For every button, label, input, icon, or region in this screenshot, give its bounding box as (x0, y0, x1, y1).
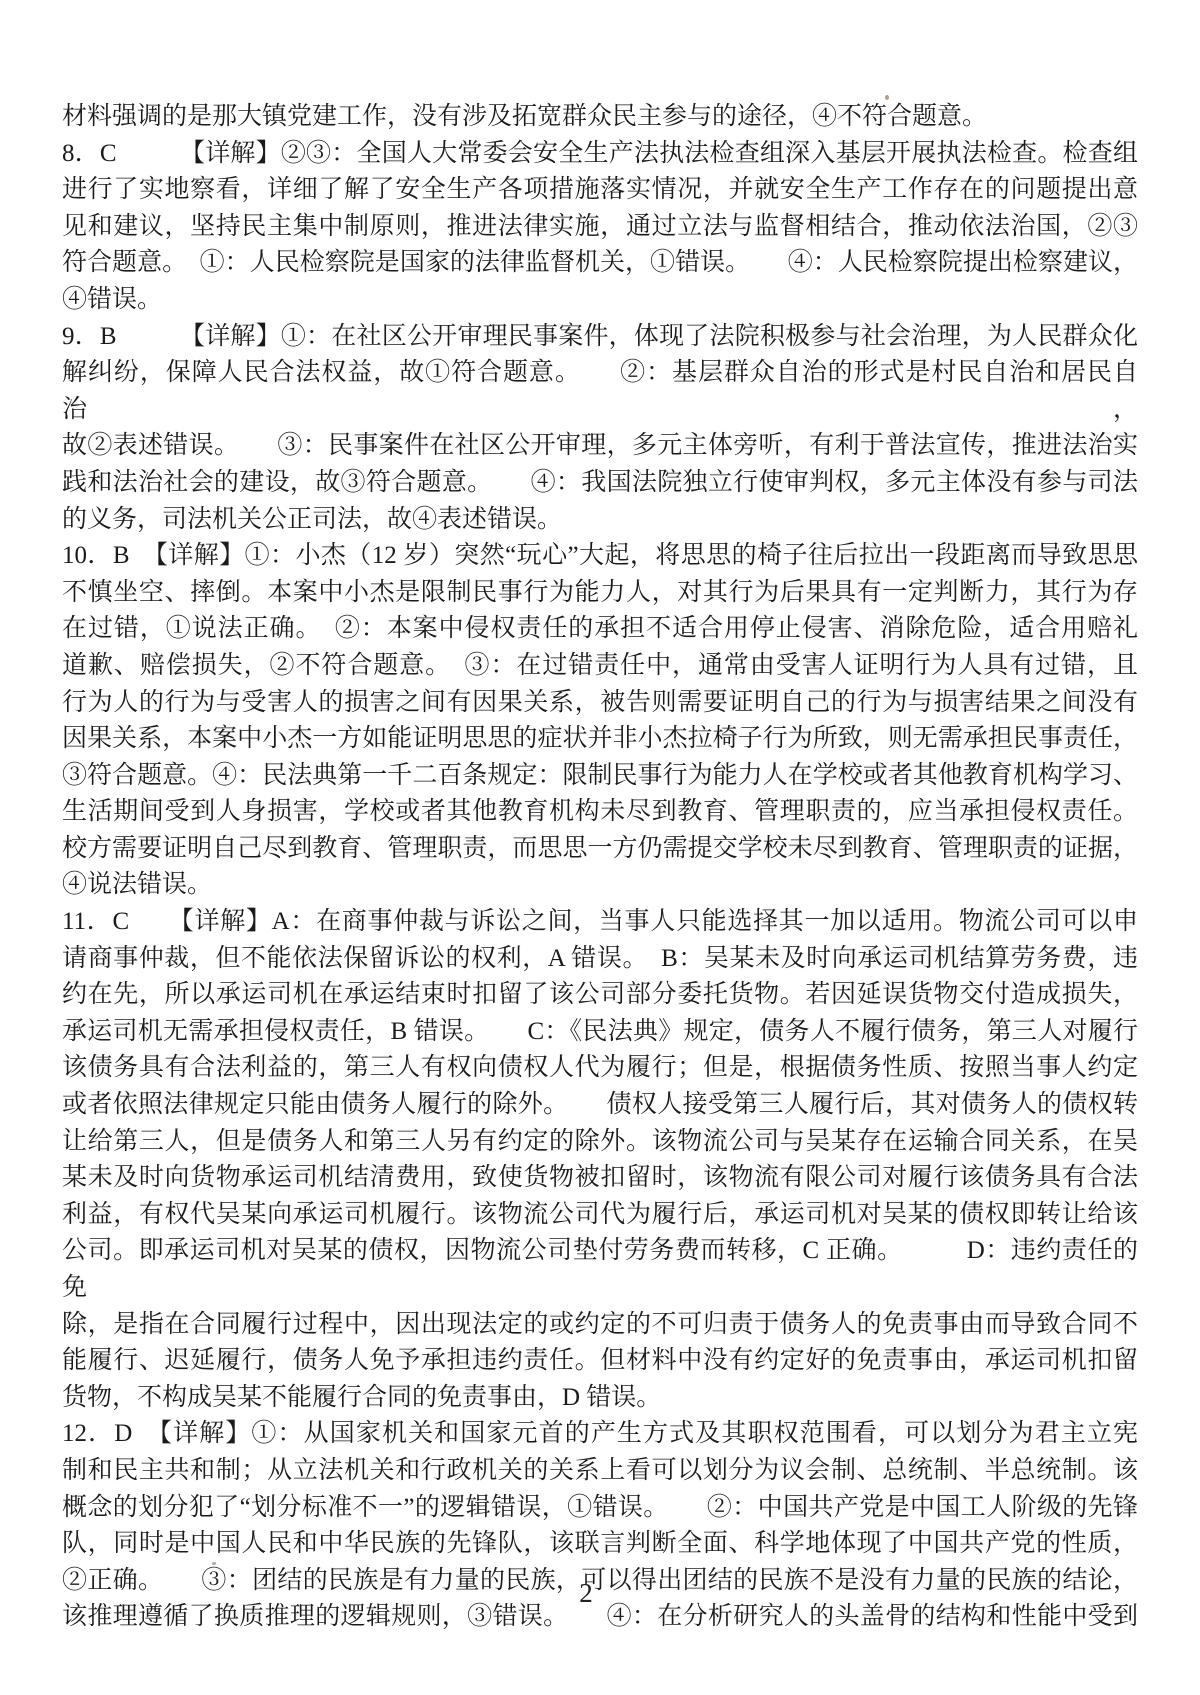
text-line: 故②表述错误。 ③：民事案件在社区公开审理，多元主体旁听，有利于普法宣传，推进法… (62, 428, 1138, 465)
text-line: 让给第三人，但是债务人和第三人另有约定的除外。该物流公司与吴某存在运输合同关系，… (62, 1124, 1138, 1161)
text-line: 公司。即承运司机对吴某的债权，因物流公司垫付劳务费而转移，C 正确。 D：违约责… (62, 1233, 1138, 1306)
text-line: 10．B 【详解】①：小杰（12 岁）突然“玩心”大起，将思思的椅子往后拉出一段… (62, 538, 1138, 575)
text-line: 或者依照法律规定只能由债务人履行的除外。 债权人接受第三人履行后，其对债务人的债… (62, 1087, 1138, 1124)
text-line: 因果关系，本案中小杰一方如能证明思思的症状并非小杰拉椅子行为所致，则无需承担民事… (62, 721, 1138, 758)
text-line: ③符合题意。④：民法典第一千二百条规定：限制民事行为能力人在学校或者其他教育机构… (62, 758, 1138, 795)
text-line: 进行了实地察看，详细了解了安全生产各项措施落实情况，并就安全生产工作存在的问题提… (62, 172, 1138, 209)
text-line: 货物，不构成吴某不能履行合同的免责事由，D 错误。 (62, 1380, 1138, 1417)
text-line: 请商事仲裁，但不能依法保留诉讼的权利，A 错误。 B：吴某未及时向承运司机结算劳… (62, 941, 1138, 978)
text-line: ④错误。 (62, 282, 1138, 319)
page-number: 2 (0, 1578, 1172, 1609)
text-line: 不慎坐空、摔倒。本案中小杰是限制民事行为能力人，对其行为后果具有一定判断力，其行… (62, 575, 1138, 612)
text-line: 8．C 【详解】②③：全国人大常委会安全生产法执法检查组深入基层开展执法检查。检… (62, 136, 1138, 173)
text-line: 利益，有权代吴某向承运司机履行。该物流公司代为履行后，承运司机对吴某的债权即转让… (62, 1197, 1138, 1234)
text-line: 见和建议，坚持民主集中制原则，推进法律实施，通过立法与监督相结合，推动依法治国，… (62, 209, 1138, 246)
text-line: 解纠纷，保障人民合法权益，故①符合题意。 ②：基层群众自治的形式是村民自治和居民… (62, 355, 1138, 428)
text-line: 除，是指在合同履行过程中，因出现法定的或约定的不可归责于债务人的免责事由而导致合… (62, 1307, 1138, 1344)
text-line: 概念的划分犯了“划分标准不一”的逻辑错误，①错误。 ②：中国共产党是中国工人阶级… (62, 1490, 1138, 1527)
text-line: 制和民主共和制；从立法机关和行政机关的关系上看可以划分为议会制、总统制、半总统制… (62, 1453, 1138, 1490)
text-line: 队，同时是中国人民和中华民族的先锋队，该联言判断全面、科学地体现了中国共产党的性… (62, 1526, 1138, 1563)
text-line: 的义务，司法机关公正司法，故④表述错误。 (62, 502, 1138, 539)
text-line: ④说法错误。 (62, 867, 1138, 904)
text-line: 某未及时向货物承运司机结清费用，致使货物被扣留时，该物流有限公司对履行该债务具有… (62, 1160, 1138, 1197)
answer-explanations-text: 材料强调的是那大镇党建工作，没有涉及拓宽群众民主参与的途径，④不符合题意。8．C… (62, 99, 1138, 1636)
document-page: 材料强调的是那大镇党建工作，没有涉及拓宽群众民主参与的途径，④不符合题意。8．C… (0, 0, 1200, 1695)
text-line: 约在先，所以承运司机在承运结束时扣留了该公司部分委托货物。若因延误货物交付造成损… (62, 977, 1138, 1014)
text-line: 在过错，①说法正确。 ②：本案中侵权责任的承担不适合用停止侵害、消除危险，适合用… (62, 611, 1138, 648)
text-line: 践和法治社会的建设，故③符合题意。 ④：我国法院独立行使审判权，多元主体没有参与… (62, 465, 1138, 502)
text-line: 该债务具有合法利益的，第三人有权向债权人代为履行；但是，根据债务性质、按照当事人… (62, 1050, 1138, 1087)
text-line: 材料强调的是那大镇党建工作，没有涉及拓宽群众民主参与的途径，④不符合题意。 (62, 99, 1138, 136)
text-line: 校方需要证明自己尽到教育、管理职责，而思思一方仍需提交学校未尽到教育、管理职责的… (62, 831, 1138, 868)
text-line: 行为人的行为与受害人的损害之间有因果关系，被告则需要证明自己的行为与损害结果之间… (62, 685, 1138, 722)
text-line: 道歉、赔偿损失，②不符合题意。 ③：在过错责任中，通常由受害人证明行为人具有过错… (62, 648, 1138, 685)
text-line: 能履行、迟延履行，债务人免予承担违约责任。但材料中没有约定好的免责事由，承运司机… (62, 1343, 1138, 1380)
text-line: 生活期间受到人身损害，学校或者其他教育机构未尽到教育、管理职责的，应当承担侵权责… (62, 794, 1138, 831)
text-line: 12．D 【详解】①：从国家机关和国家元首的产生方式及其职权范围看，可以划分为君… (62, 1416, 1138, 1453)
text-line: 9．B 【详解】①：在社区公开审理民事案件，体现了法院积极参与社会治理，为人民群… (62, 319, 1138, 356)
text-line: 符合题意。 ①：人民检察院是国家的法律监督机关，①错误。 ④：人民检察院提出检察… (62, 245, 1138, 282)
text-line: 承运司机无需承担侵权责任，B 错误。 C：《民法典》规定，债务人不履行债务，第三… (62, 1014, 1138, 1051)
text-line: 11．C 【详解】A：在商事仲裁与诉讼之间，当事人只能选择其一加以适用。物流公司… (62, 904, 1138, 941)
